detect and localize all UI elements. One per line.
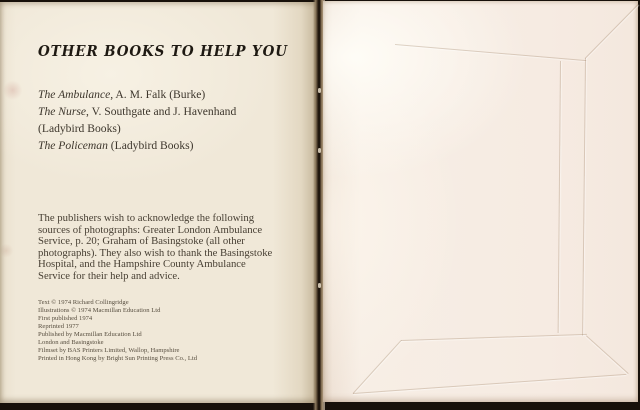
- cover-crease-corner-bottom-left: [353, 340, 402, 394]
- imprint-line: Published by Macmillan Education Ltd: [38, 331, 197, 339]
- binding-stitch: [318, 88, 321, 93]
- acknowledgement-line: The publishers wish to acknowledge the f…: [38, 213, 272, 225]
- imprint-line: Text © 1974 Richard Collingridge: [38, 299, 197, 307]
- book-publisher: (Ladybird Books): [108, 139, 194, 152]
- book-publisher: (Ladybird Books): [38, 122, 121, 135]
- book-list-item: The Ambulance, A. M. Falk (Burke): [38, 86, 236, 103]
- acknowledgement-line: Service, p. 20; Graham of Basingstoke (a…: [38, 236, 272, 248]
- acknowledgement-line: Service for their help and advice.: [38, 271, 272, 283]
- imprint-line: Illustrations © 1974 Macmillan Education…: [38, 307, 197, 315]
- cover-crease-bottom-outer: [353, 374, 626, 394]
- book-title: The Ambulance: [38, 88, 110, 101]
- page-heading: OTHER BOOKS TO HELP YOU: [38, 43, 288, 60]
- imprint-line: London and Basingstoke: [38, 339, 197, 347]
- cover-crease-top: [395, 44, 586, 61]
- cover-crease-right-inner: [558, 61, 561, 333]
- acknowledgement-paragraph: The publishers wish to acknowledge the f…: [38, 213, 272, 282]
- imprint-line: Reprinted 1977: [38, 323, 197, 331]
- imprint-line: Filmset by BAS Printers Limited, Wallop,…: [38, 347, 197, 355]
- book-spread: OTHER BOOKS TO HELP YOU The Ambulance, A…: [0, 0, 640, 410]
- acknowledgement-line: Hospital, and the Hampshire County Ambul…: [38, 259, 272, 271]
- book-list-item: (Ladybird Books): [38, 120, 236, 137]
- cover-crease-corner-bottom-right: [586, 335, 629, 374]
- imprint-line: First published 1974: [38, 315, 197, 323]
- binding-stitch: [318, 283, 321, 288]
- book-authors: , A. M. Falk (Burke): [110, 88, 205, 101]
- imprint-line: Printed in Hong Kong by Bright Sun Print…: [38, 355, 197, 363]
- cover-crease-corner-top-right: [585, 4, 639, 59]
- book-list-item: The Nurse, V. Southgate and J. Havenhand: [38, 103, 236, 120]
- cover-crease-bottom-inner: [401, 334, 587, 341]
- cover-crease-right-outer: [582, 58, 586, 336]
- book-title: The Nurse: [38, 105, 86, 118]
- book-authors: , V. Southgate and J. Havenhand: [86, 105, 236, 118]
- right-page: [323, 1, 638, 402]
- book-title: The Policeman: [38, 139, 108, 152]
- left-page: OTHER BOOKS TO HELP YOU The Ambulance, A…: [0, 2, 317, 403]
- book-list-item: The Policeman (Ladybird Books): [38, 137, 236, 154]
- imprint-block: Text © 1974 Richard Collingridge Illustr…: [38, 299, 197, 363]
- binding-stitch: [318, 148, 321, 153]
- book-list: The Ambulance, A. M. Falk (Burke) The Nu…: [38, 86, 236, 154]
